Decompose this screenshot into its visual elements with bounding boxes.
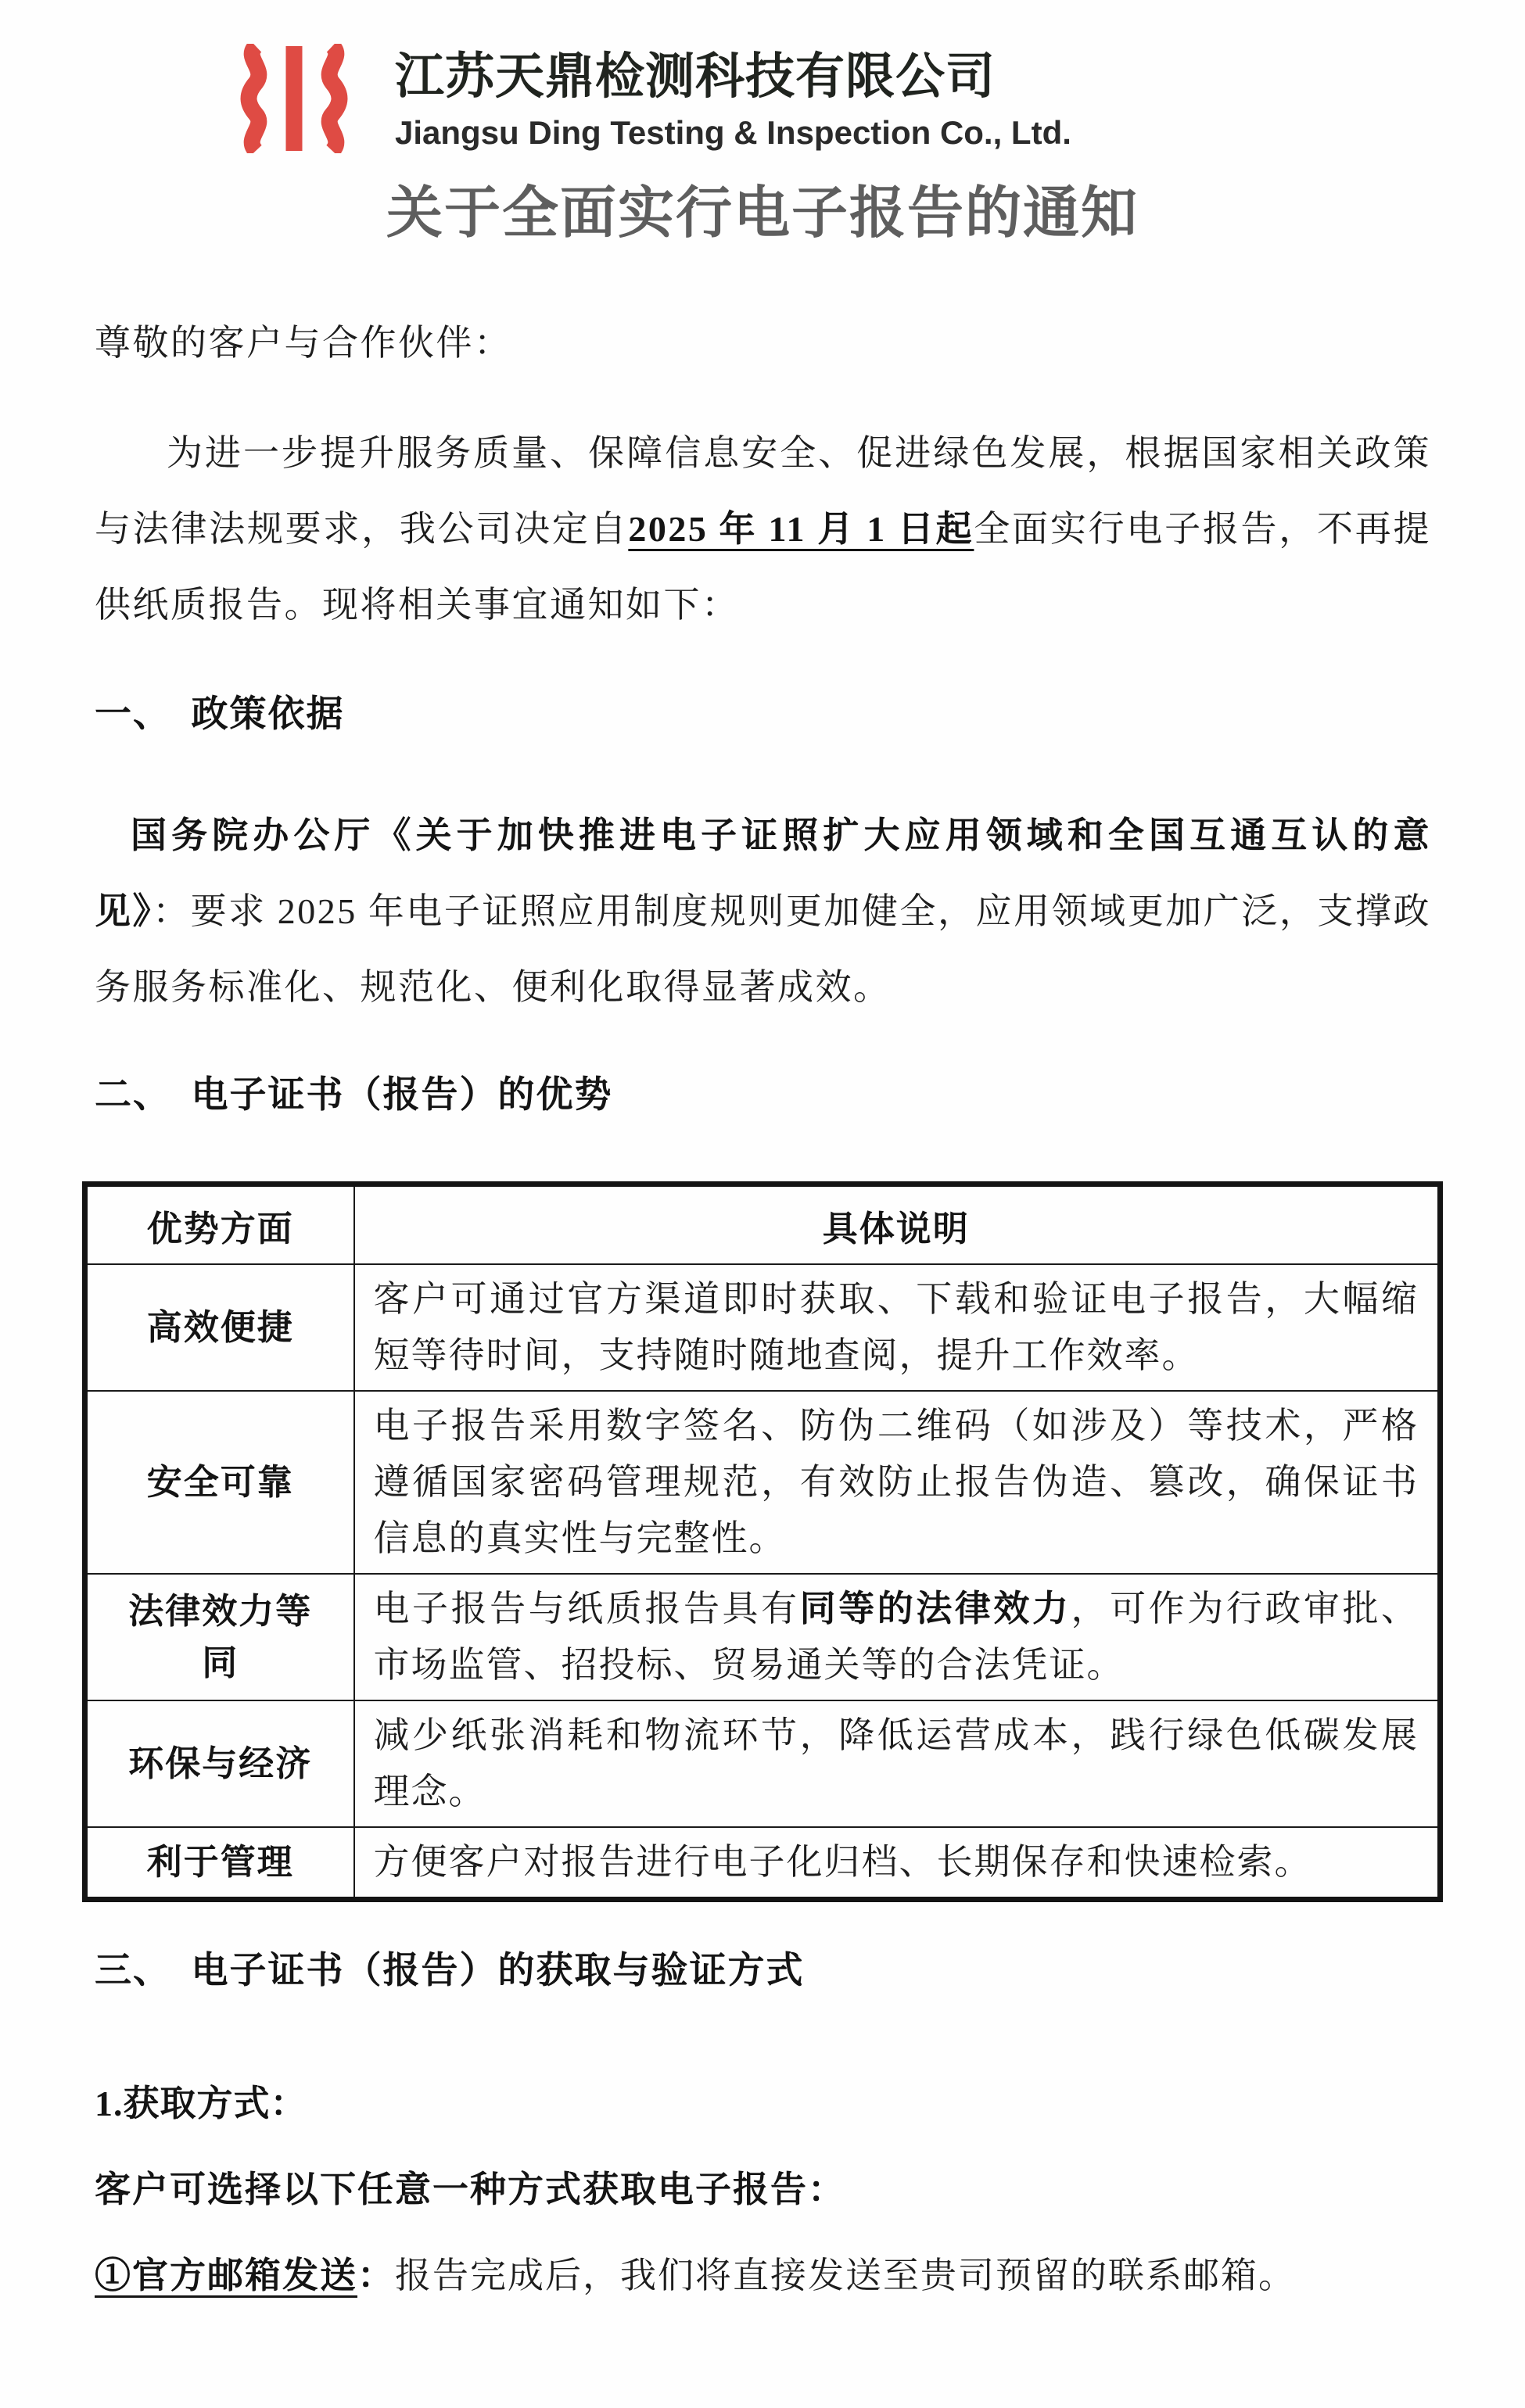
company-name-cn: 江苏天鼎检测科技有限公司 <box>395 45 1071 108</box>
section3-heading: 三、 电子证书（报告）的获取与验证方式 <box>95 1946 1431 1996</box>
row-desc-emphasis: 同等的法律效力 <box>800 1589 1071 1629</box>
policy-text-rest: ：要求 2025 年电子证照应用制度规则更加健全，应用领域更加广泛，支撑政务服务… <box>95 891 1431 1007</box>
item1-method-name: ①官方邮箱发送 <box>95 2256 357 2295</box>
row-description: 电子报告与纸质报告具有同等的法律效力，可作为行政审批、市场监管、招投标、贸易通关… <box>354 1574 1441 1700</box>
row-description: 减少纸张消耗和物流环节，降低运营成本，践行绿色低碳发展理念。 <box>354 1700 1441 1827</box>
column-header-detail: 具体说明 <box>354 1184 1441 1265</box>
table-header-row: 优势方面 具体说明 <box>85 1184 1441 1265</box>
row-description: 客户可通过官方渠道即时获取、下载和验证电子报告，大幅缩短等待时间，支持随时随地查… <box>354 1264 1441 1391</box>
table-row: 利于管理 方便客户对报告进行电子化归档、长期保存和快速检索。 <box>85 1827 1441 1900</box>
intro-paragraph: 为进一步提升服务质量、保障信息安全、促进绿色发展，根据国家相关政策与法律法规要求… <box>95 415 1431 643</box>
row-label: 安全可靠 <box>85 1391 354 1574</box>
document-header: 江苏天鼎检测科技有限公司 Jiangsu Ding Testing & Insp… <box>0 0 1525 153</box>
company-name-block: 江苏天鼎检测科技有限公司 Jiangsu Ding Testing & Insp… <box>395 44 1071 153</box>
section2-heading: 二、 电子证书（报告）的优势 <box>95 1070 1431 1120</box>
notice-title: 关于全面实行电子报告的通知 <box>0 178 1525 249</box>
section1-heading: 一、 政策依据 <box>95 690 1431 740</box>
notice-body: 尊敬的客户与合作伙伴： 为进一步提升服务质量、保障信息安全、促进绿色发展，根据国… <box>0 305 1525 2301</box>
row-desc-before: 电子报告与纸质报告具有 <box>374 1589 800 1629</box>
row-description: 电子报告采用数字签名、防伪二维码（如涉及）等技术，严格遵循国家密码管理规范，有效… <box>354 1391 1441 1574</box>
acquisition-subheading: 1.获取方式： <box>95 2079 1431 2129</box>
section1-paragraph: 国务院办公厅《关于加快推进电子证照扩大应用领域和全国互通互认的意见》：要求 20… <box>95 797 1431 1025</box>
company-logo-icon <box>231 44 357 153</box>
row-description: 方便客户对报告进行电子化归档、长期保存和快速检索。 <box>354 1827 1441 1900</box>
effective-date-emphasis: 2025 年 11 月 1 日起 <box>628 509 974 549</box>
item1-colon: ： <box>357 2256 395 2295</box>
row-label: 利于管理 <box>85 1827 354 1900</box>
table-row: 环保与经济 减少纸张消耗和物流环节，降低运营成本，践行绿色低碳发展理念。 <box>85 1700 1441 1827</box>
column-header-aspect: 优势方面 <box>85 1184 354 1265</box>
notice-document: 江苏天鼎检测科技有限公司 Jiangsu Ding Testing & Insp… <box>0 0 1525 2408</box>
table-row: 安全可靠 电子报告采用数字签名、防伪二维码（如涉及）等技术，严格遵循国家密码管理… <box>85 1391 1441 1574</box>
greeting-line: 尊敬的客户与合作伙伴： <box>95 305 1431 381</box>
table-row: 高效便捷 客户可通过官方渠道即时获取、下载和验证电子报告，大幅缩短等待时间，支持… <box>85 1264 1441 1391</box>
row-label: 环保与经济 <box>85 1700 354 1827</box>
company-name-en: Jiangsu Ding Testing & Inspection Co., L… <box>395 113 1071 153</box>
advantages-table: 优势方面 具体说明 高效便捷 客户可通过官方渠道即时获取、下载和验证电子报告，大… <box>82 1181 1443 1902</box>
table-row: 法律效力等同 电子报告与纸质报告具有同等的法律效力，可作为行政审批、市场监管、招… <box>85 1574 1441 1700</box>
row-label: 法律效力等同 <box>85 1574 354 1700</box>
acquisition-item-1: ①官方邮箱发送：报告完成后，我们将直接发送至贵司预留的联系邮箱。 <box>95 2251 1431 2301</box>
item1-description: 报告完成后，我们将直接发送至贵司预留的联系邮箱。 <box>395 2256 1296 2295</box>
acquisition-lead: 客户可选择以下任意一种方式获取电子报告： <box>95 2165 1431 2215</box>
row-label: 高效便捷 <box>85 1264 354 1391</box>
